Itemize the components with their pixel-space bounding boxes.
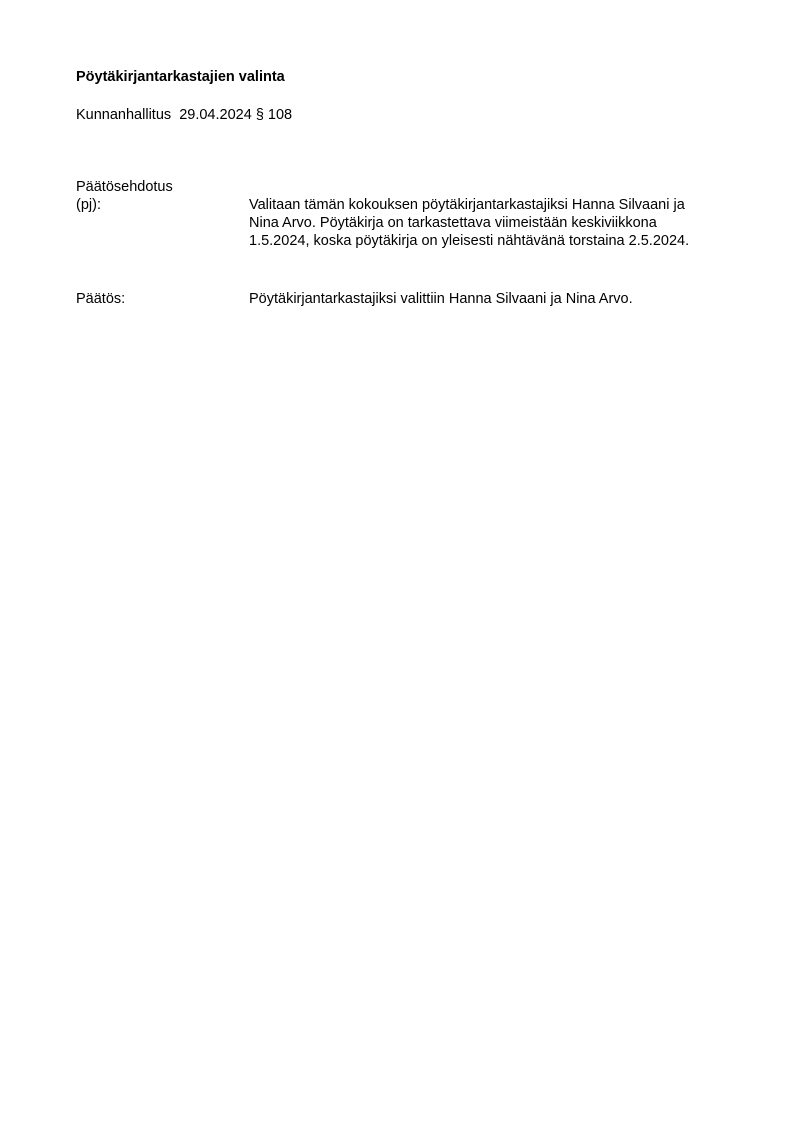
proposal-text-line: Nina Arvo. Pöytäkirja on tarkastettava v… xyxy=(249,214,739,232)
decision-text: Pöytäkirjantarkastajiksi valittiin Hanna… xyxy=(249,290,739,308)
proposal-text-line: Valitaan tämän kokouksen pöytäkirjantark… xyxy=(249,196,739,214)
meeting-reference: Kunnanhallitus 29.04.2024 § 108 xyxy=(76,106,292,124)
proposal-label-line2: (pj): xyxy=(76,196,246,214)
document-title: Pöytäkirjantarkastajien valinta xyxy=(76,68,285,86)
decision-label: Päätös: xyxy=(76,290,246,308)
meeting-section: § 108 xyxy=(256,107,292,123)
proposal-label-line1: Päätösehdotus xyxy=(76,178,246,196)
proposal-text: Valitaan tämän kokouksen pöytäkirjantark… xyxy=(249,196,739,250)
proposal-label: Päätösehdotus (pj): xyxy=(76,178,246,214)
meeting-date: 29.04.2024 xyxy=(179,107,252,123)
proposal-text-line: 1.5.2024, koska pöytäkirja on yleisesti … xyxy=(249,232,739,250)
meeting-body: Kunnanhallitus xyxy=(76,107,171,123)
